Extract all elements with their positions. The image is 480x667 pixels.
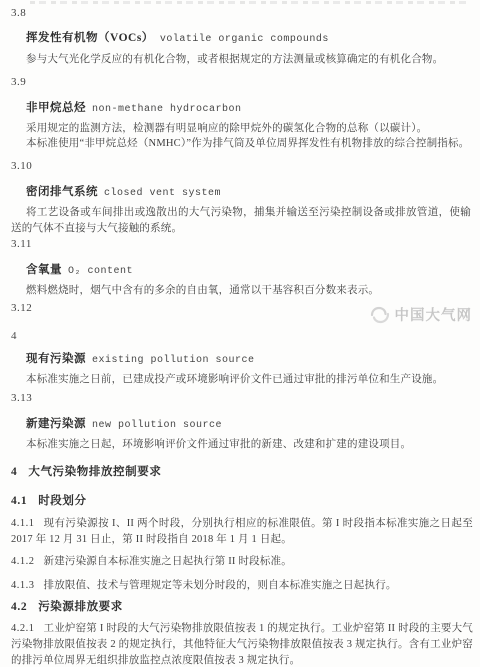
- clause-number-3-8: 3.8: [11, 7, 26, 19]
- term-heading-closed-vent: 密闭排气系统closed vent system: [26, 182, 221, 200]
- clause-number-3-11: 3.11: [11, 238, 32, 250]
- term-en: O₂ content: [68, 266, 133, 277]
- term-zh: 挥发性有机物（VOCs）: [26, 32, 154, 44]
- term-heading-nmhc: 非甲烷总烃non-methane hydrocarbon: [26, 98, 242, 116]
- term-en: non-methane hydrocarbon: [92, 104, 242, 115]
- section-4-heading: 4大气污染物排放控制要求: [11, 463, 161, 479]
- clause-4-2-1: 4.2.1工业炉窑第 I 时段的大气污染物排放限值按表 1 的规定执行。工业炉窑…: [11, 621, 473, 667]
- section-4-2-heading: 4.2污染源排放要求: [11, 598, 123, 614]
- watermark-text: 中国大气网: [395, 304, 473, 325]
- definition-nmhc-1: 采用规定的监测方法，检测器有明显响应的除甲烷外的碳氢化合物的总称（以碳计）。: [11, 121, 471, 137]
- section-title: 时段划分: [38, 495, 86, 507]
- clause-number-3-10: 3.10: [11, 160, 32, 172]
- term-en: volatile organic compounds: [160, 34, 329, 45]
- china-air-net-logo-icon: [369, 306, 391, 324]
- clause-number: 4.1.3: [11, 580, 35, 591]
- section-title: 大气污染物排放控制要求: [28, 466, 161, 478]
- term-zh: 新建污染源: [26, 418, 86, 430]
- definition-nmhc-2: 本标准使用“非甲烷总烃（NMHC）”作为排气筒及单位周界挥发性有机物排放的综合控…: [11, 136, 471, 152]
- section-title: 污染源排放要求: [38, 601, 123, 613]
- section-number: 4: [11, 466, 17, 478]
- clause-number-3-9: 3.9: [11, 76, 26, 88]
- term-heading-existing-source: 现有污染源existing pollution source: [26, 349, 255, 367]
- definition-new-source: 本标准实施之日起，环境影响评价文件通过审批的新建、改建和扩建的建设项目。: [11, 437, 471, 453]
- clause-number: 4.2.1: [11, 623, 35, 634]
- clause-number: 4.1.2: [11, 556, 35, 567]
- term-en: existing pollution source: [92, 355, 255, 366]
- clipped-text-remnant: [30, 1, 468, 4]
- term-zh: 现有污染源: [26, 353, 86, 365]
- definition-existing-source: 本标准实施之日前，已建成投产或环境影响评价文件已通过审批的排污单位和生产设施。: [11, 372, 471, 388]
- section-number: 4.2: [11, 601, 27, 613]
- clause-number-3-13: 3.13: [11, 392, 32, 404]
- clause-number-3-12: 3.12: [11, 302, 32, 314]
- clause-text: 新建污染源自本标准实施之日起执行第 II 时段标准。: [44, 556, 292, 567]
- term-en: closed vent system: [104, 188, 221, 199]
- clause-text: 排放限值、技术与管理规定等未划分时段的，则自本标准实施之日起执行。: [44, 580, 397, 591]
- clause-4-1-1: 4.1.1现有污染源按 I、II 两个时段，分别执行相应的标准限值。第 I 时段…: [11, 516, 473, 548]
- clause-4-1-2: 4.1.2新建污染源自本标准实施之日起执行第 II 时段标准。: [11, 554, 473, 570]
- section-4-1-heading: 4.1时段划分: [11, 492, 87, 508]
- definition-closed-vent: 将工艺设备或车间排出或逸散出的大气污染物，捕集并输送至污染控制设备或排放管道，使…: [11, 205, 471, 236]
- term-en: new pollution source: [92, 420, 222, 431]
- clause-text: 现有污染源按 I、II 两个时段，分别执行相应的标准限值。第 I 时段指本标准实…: [11, 518, 473, 545]
- term-zh: 含氧量: [26, 264, 62, 276]
- term-heading-vocs: 挥发性有机物（VOCs）volatile organic compounds: [26, 28, 329, 46]
- clause-4-1-3: 4.1.3排放限值、技术与管理规定等未划分时段的，则自本标准实施之日起执行。: [11, 578, 473, 594]
- watermark: 中国大气网: [369, 304, 473, 325]
- section-number: 4.1: [11, 495, 27, 507]
- term-heading-o2-content: 含氧量O₂ content: [26, 260, 133, 278]
- term-zh: 非甲烷总烃: [26, 102, 86, 114]
- clause-text: 工业炉窑第 I 时段的大气污染物排放限值按表 1 的规定执行。工业炉窑第 II …: [11, 623, 473, 666]
- definition-vocs: 参与大气光化学反应的有机化合物，或者根据规定的方法测量或核算确定的有机化合物。: [11, 52, 471, 68]
- term-heading-new-source: 新建污染源new pollution source: [26, 414, 222, 432]
- clause-number: 4.1.1: [11, 518, 35, 529]
- definition-o2-content: 燃料燃烧时，烟气中含有的多余的自由氧，通常以干基容积百分数来表示。: [11, 283, 471, 299]
- page-number: 4: [11, 330, 17, 342]
- term-zh: 密闭排气系统: [26, 186, 98, 198]
- document-page: 3.8 挥发性有机物（VOCs）volatile organic compoun…: [0, 0, 480, 667]
